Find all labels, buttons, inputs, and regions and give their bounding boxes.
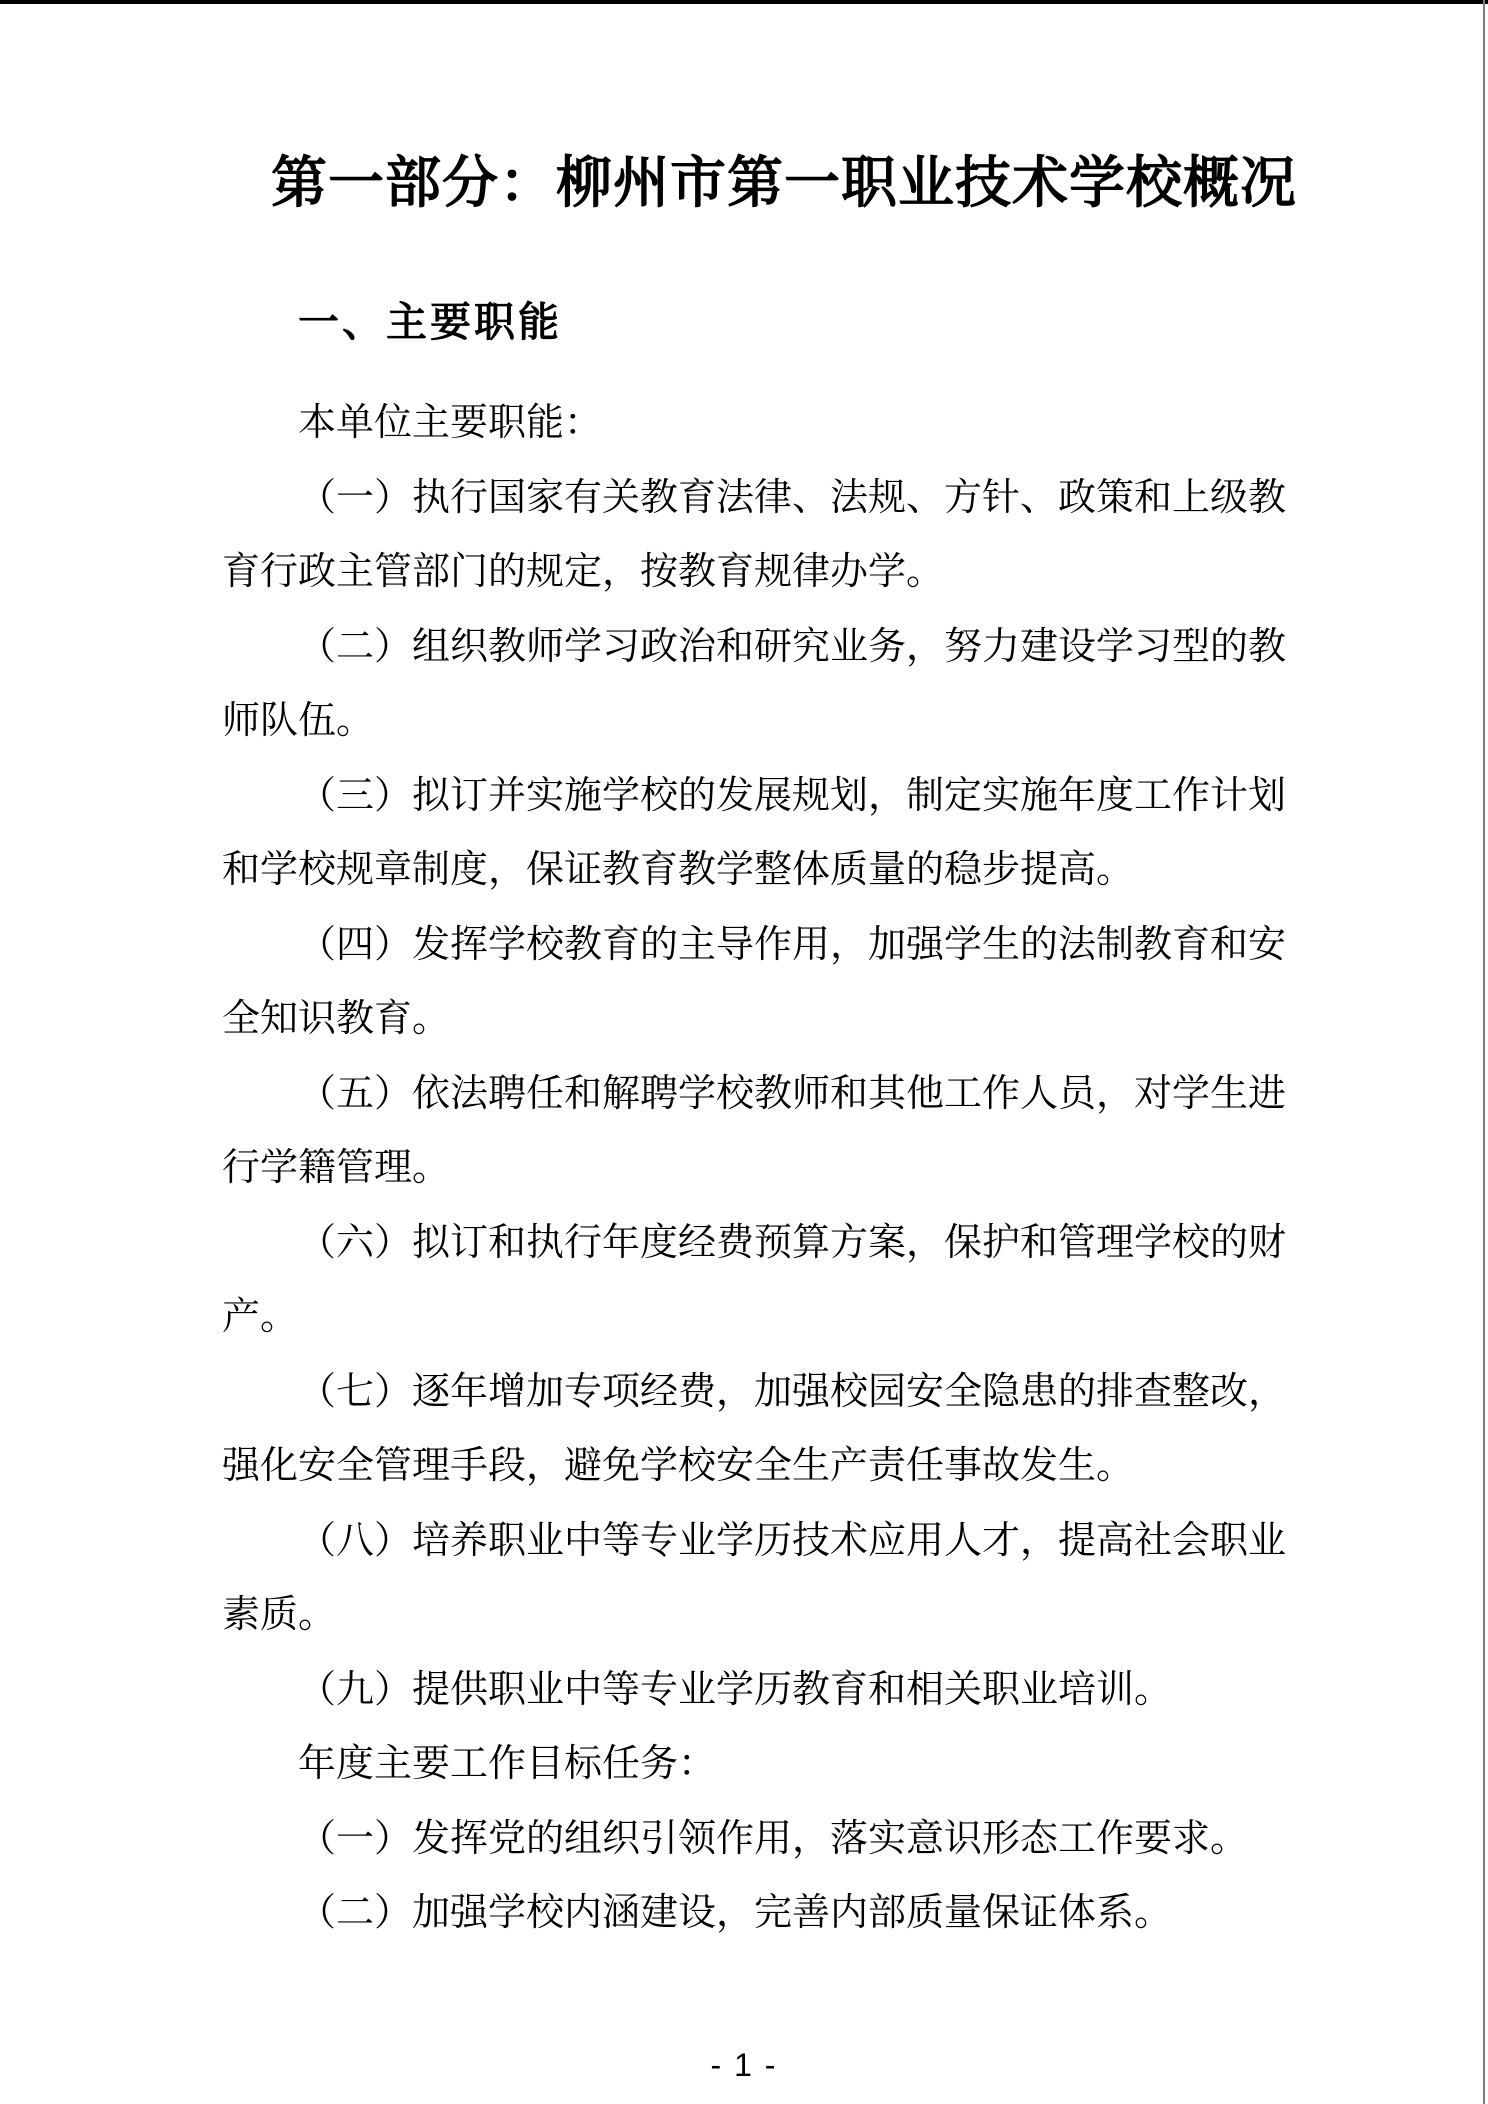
body-line: 强化安全管理手段，避免学校安全生产责任事故发生。 <box>222 1429 1402 1504</box>
body-line: 行学籍管理。 <box>222 1131 1402 1206</box>
body-line: （六）拟订和执行年度经费预算方案，保护和管理学校的财 <box>222 1206 1402 1281</box>
body-line: （二）组织教师学习政治和研究业务，努力建设学习型的教 <box>222 610 1402 685</box>
body-line: （八）培养职业中等专业学历技术应用人才，提高社会职业 <box>222 1504 1402 1579</box>
body-line: 师队伍。 <box>222 684 1402 759</box>
scan-right-edge-line <box>1483 0 1485 2104</box>
body-line: （二）加强学校内涵建设，完善内部质量保证体系。 <box>222 1876 1402 1951</box>
page-number: - 1 - <box>0 2044 1488 2086</box>
body-line: （一）执行国家有关教育法律、法规、方针、政策和上级教 <box>222 461 1402 536</box>
body-line: （九）提供职业中等专业学历教育和相关职业培训。 <box>222 1653 1402 1728</box>
body-line: （五）依法聘任和解聘学校教师和其他工作人员，对学生进 <box>222 1057 1402 1132</box>
document-page: 第一部分：柳州市第一职业技术学校概况 一、主要职能 本单位主要职能： （一）执行… <box>0 0 1488 2104</box>
body-line: （一）发挥党的组织引领作用，落实意识形态工作要求。 <box>222 1802 1402 1877</box>
body-line: 年度主要工作目标任务： <box>222 1727 1402 1802</box>
body-line: 素质。 <box>222 1578 1402 1653</box>
body-line: （四）发挥学校教育的主导作用，加强学生的法制教育和安 <box>222 908 1402 983</box>
body-line: 本单位主要职能： <box>222 386 1402 461</box>
body-line: 全知识教育。 <box>222 982 1402 1057</box>
scan-top-edge-bar <box>0 0 1488 4</box>
section-heading: 一、主要职能 <box>298 297 562 347</box>
body-text-block: 本单位主要职能： （一）执行国家有关教育法律、法规、方针、政策和上级教 育行政主… <box>222 386 1402 1951</box>
body-line: （三）拟订并实施学校的发展规划，制定实施年度工作计划 <box>222 759 1402 834</box>
body-line: 产。 <box>222 1280 1402 1355</box>
body-line: 和学校规章制度，保证教育教学整体质量的稳步提高。 <box>222 833 1402 908</box>
document-title: 第一部分：柳州市第一职业技术学校概况 <box>222 147 1346 219</box>
body-line: （七）逐年增加专项经费，加强校园安全隐患的排查整改， <box>222 1355 1402 1430</box>
body-line: 育行政主管部门的规定，按教育规律办学。 <box>222 535 1402 610</box>
